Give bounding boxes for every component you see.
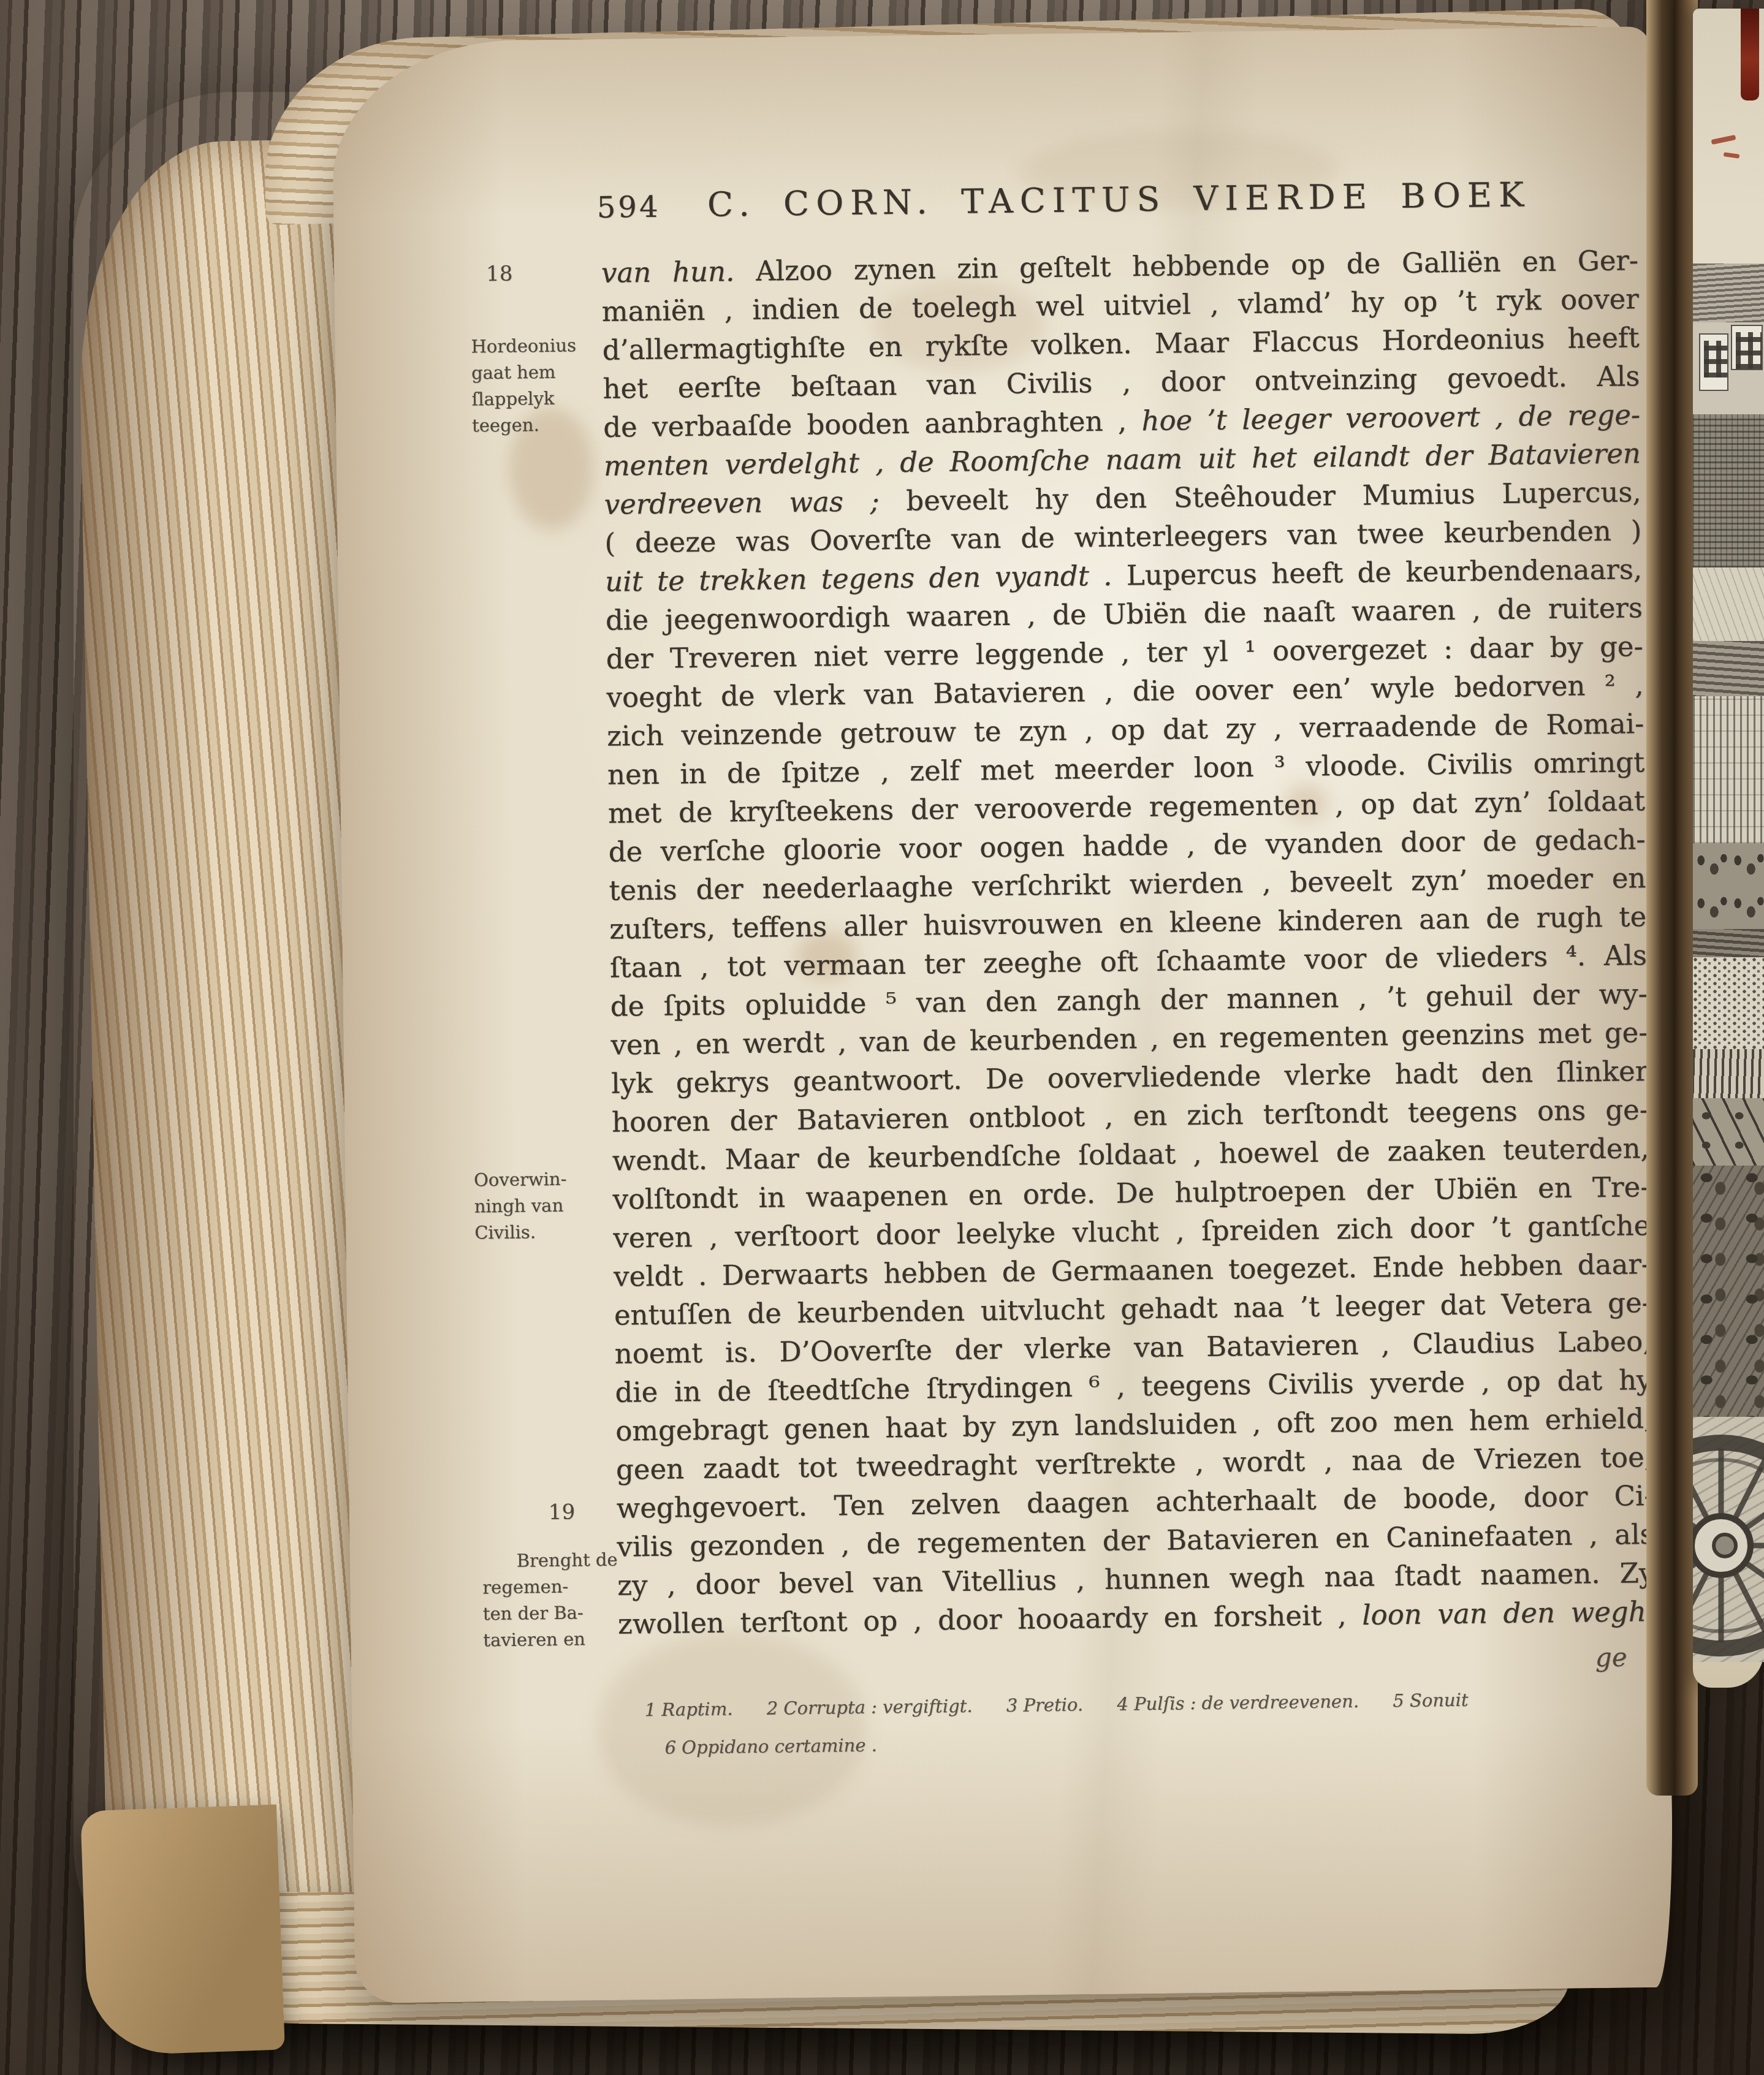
red-ink-mark [1724,152,1740,159]
margin-note-line: teegen. [472,411,604,439]
red-ink-mark [1711,135,1736,145]
engraving-palisade [1693,1049,1764,1098]
body-text: van hun. Alzoo zynen zin geſtelt hebbend… [601,241,1656,1644]
margin-note-line: ten der Ba- [483,1599,615,1628]
margin-note-line: regemen- [482,1573,615,1601]
margin-note-line: 18 [486,260,618,288]
engraving-troop-dots [1693,957,1764,1049]
engraving-dark-band [1693,929,1764,957]
engraving-diagonal-lances [1693,1098,1764,1166]
engraving-cavalry-figures [1693,843,1764,929]
cover-board-corner [80,1805,285,2057]
engraving-battle-mass [1693,1166,1764,1417]
engraving-pike-rows [1693,696,1764,843]
fortress-house-icon [1731,325,1763,370]
engraving-roof-hatching [1693,264,1764,322]
running-title: C. CORN. TACITUS VIERDE BOEK [660,174,1578,224]
wheel-icon [1693,1417,1764,1662]
engraving-fortress-buildings [1693,322,1764,414]
facing-page-strip [1693,9,1764,1688]
margin-note-line: Brenght de [517,1547,615,1574]
margin-note-hordeonius: Hordeoniusgaat hemſlappelykteegen. [471,332,604,439]
left-book-page: 594 C. CORN. TACITUS VIERDE BOEK 18 Hord… [332,26,1675,2003]
photo-of-open-book: { "colors": { "ink": "#3a332b", "paper":… [0,0,1764,2075]
page-header: 594 C. CORN. TACITUS VIERDE BOEK [596,174,1578,226]
fortress-tower-icon [1699,333,1728,391]
margin-section-number-18: 18 [486,260,618,288]
engraving-fortress-wall [1693,414,1764,567]
margin-note-line: tavieren en [483,1626,615,1654]
margin-note-brenght: Brenght deregemen-ten der Ba-tavieren en [482,1547,615,1654]
catchword: ge [1595,1642,1627,1673]
footnotes: 1 Raptim. 2 Corrupta : vergiftigt. 3 Pre… [644,1679,1675,1767]
margin-note-line: ningh van [474,1192,606,1220]
margin-note-line: Hordeonius [471,332,603,360]
page-number: 594 [597,190,661,225]
margin-note-line: Ooverwin- [474,1166,606,1194]
engraving-hillside [1693,567,1764,641]
book-gutter [1646,0,1698,1796]
engraving-dark-band [1693,641,1764,696]
engraving-cannon-wheel [1693,1417,1764,1662]
margin-note-line: gaat hem [471,358,604,387]
margin-note-ooverwinningh: Ooverwin-ningh vanCivilis. [474,1166,607,1246]
margin-note-line: ſlappelyk [471,385,604,413]
margin-note-line: Civilis. [474,1218,607,1246]
bookmark-ribbon [1741,9,1759,101]
